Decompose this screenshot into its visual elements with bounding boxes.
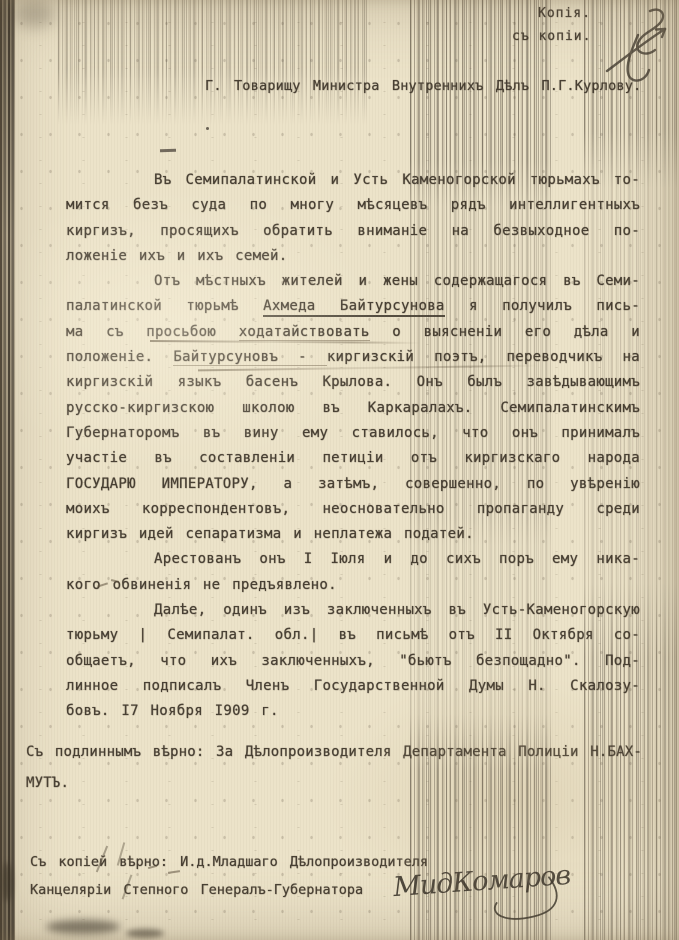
- copy-label: Копія.: [538, 6, 591, 21]
- body-line: киргизъ идей сепаратизма и неплатежа под…: [66, 522, 640, 547]
- body-line: Въ Семипалатинской и Усть Каменогорской …: [66, 168, 640, 193]
- body-line: Губернаторомъ въ вину ему ставилось, что…: [66, 421, 640, 446]
- body-line: Отъ мѣстныхъ жителей и жены содержащагос…: [66, 269, 640, 294]
- body-text: киргизскій поэтъ, переводчикъ на: [327, 349, 640, 365]
- from-copy-label: съ копіи.: [512, 29, 591, 44]
- certification-block: Съ подлиннымъ вѣрно: За Дѣлопроизводител…: [26, 737, 642, 799]
- body-line: русско-киргизскою школою въ Каркаралахъ.…: [66, 396, 640, 421]
- ink-smudge: [126, 929, 164, 938]
- pencil-underlined-text: ходатайствовать: [239, 324, 370, 341]
- scan-streak-top: [58, 0, 368, 125]
- body-text: о выясненіи его дѣла и: [370, 324, 640, 340]
- certification-line: МУТЪ.: [26, 768, 642, 799]
- body-line: бовъ. I7 Ноября I909 г.: [66, 699, 640, 724]
- body-text: ма съ просьбою: [66, 324, 239, 340]
- body-line: Арестованъ онъ I Іюля и до сихъ поръ ему…: [66, 547, 640, 572]
- body-text: я получилъ пись-: [445, 298, 640, 314]
- underlined-name: Ахмеда Байтурсунова: [263, 298, 445, 317]
- handwritten-signature: МидКомаровъ: [389, 846, 574, 940]
- body-line: кого обвиненія не предъявлено.: [66, 573, 640, 598]
- certification-line: Съ подлиннымъ вѣрно: За Дѣлопроизводител…: [26, 737, 642, 768]
- signature-text: МидКомаровъ: [391, 859, 575, 904]
- ink-smudge: [14, 0, 54, 28]
- body-text: палатинской тюрьмѣ: [66, 298, 263, 314]
- body-line: киргизъ, просящихъ обратить вниманіе на …: [66, 219, 640, 244]
- body-line: ма съ просьбою ходатайствовать о выяснен…: [66, 320, 640, 345]
- addressee-line: Г. Товарищу Министра Внутреннихъ Дѣлъ П.…: [205, 78, 641, 94]
- body-line: Далѣе, одинъ изъ заключенныхъ въ Усть-Ка…: [66, 598, 640, 623]
- body-line: линное подписалъ Членъ Государственной Д…: [66, 674, 640, 699]
- body-line: ложеніе ихъ и ихъ семей.: [66, 244, 640, 269]
- pencil-underlined-text: Байтурсуновъ -: [173, 349, 327, 366]
- ink-smudge: [2, 862, 12, 902]
- body-line: ГОСУДАРЮ ИМПЕРАТОРУ, а затѣмъ, совершенн…: [66, 472, 640, 497]
- body-line: тюрьму | Семипалат. обл.| въ письмѣ отъ …: [66, 623, 640, 648]
- body-text: положеніе.: [66, 349, 173, 365]
- body-line: участіе въ составленіи петиціи отъ кирги…: [66, 446, 640, 471]
- body-line: мится безъ суда по многу мѣсяцевъ рядъ и…: [66, 193, 640, 218]
- body-line: общаетъ, что ихъ заключенныхъ, "бьютъ бе…: [66, 649, 640, 674]
- ink-smudge: [46, 920, 120, 934]
- body-line: положеніе. Байтурсуновъ - киргизскій поэ…: [66, 345, 640, 370]
- body-line: киргизскій языкъ басенъ Крылова. Онъ был…: [66, 370, 640, 395]
- pencil-dash-mark: [160, 149, 176, 152]
- document-page: Копія. съ копіи. Г. Товарищу Министра Вн…: [0, 0, 679, 940]
- ink-dot-mark: [206, 127, 209, 130]
- letter-body: Въ Семипалатинской и Усть Каменогорской …: [66, 168, 640, 725]
- body-line: палатинской тюрьмѣ Ахмеда Байтурсунова я…: [66, 294, 640, 319]
- body-line: моихъ корреспондентовъ, неосновательно п…: [66, 497, 640, 522]
- scan-streak-left-edge: [0, 0, 15, 940]
